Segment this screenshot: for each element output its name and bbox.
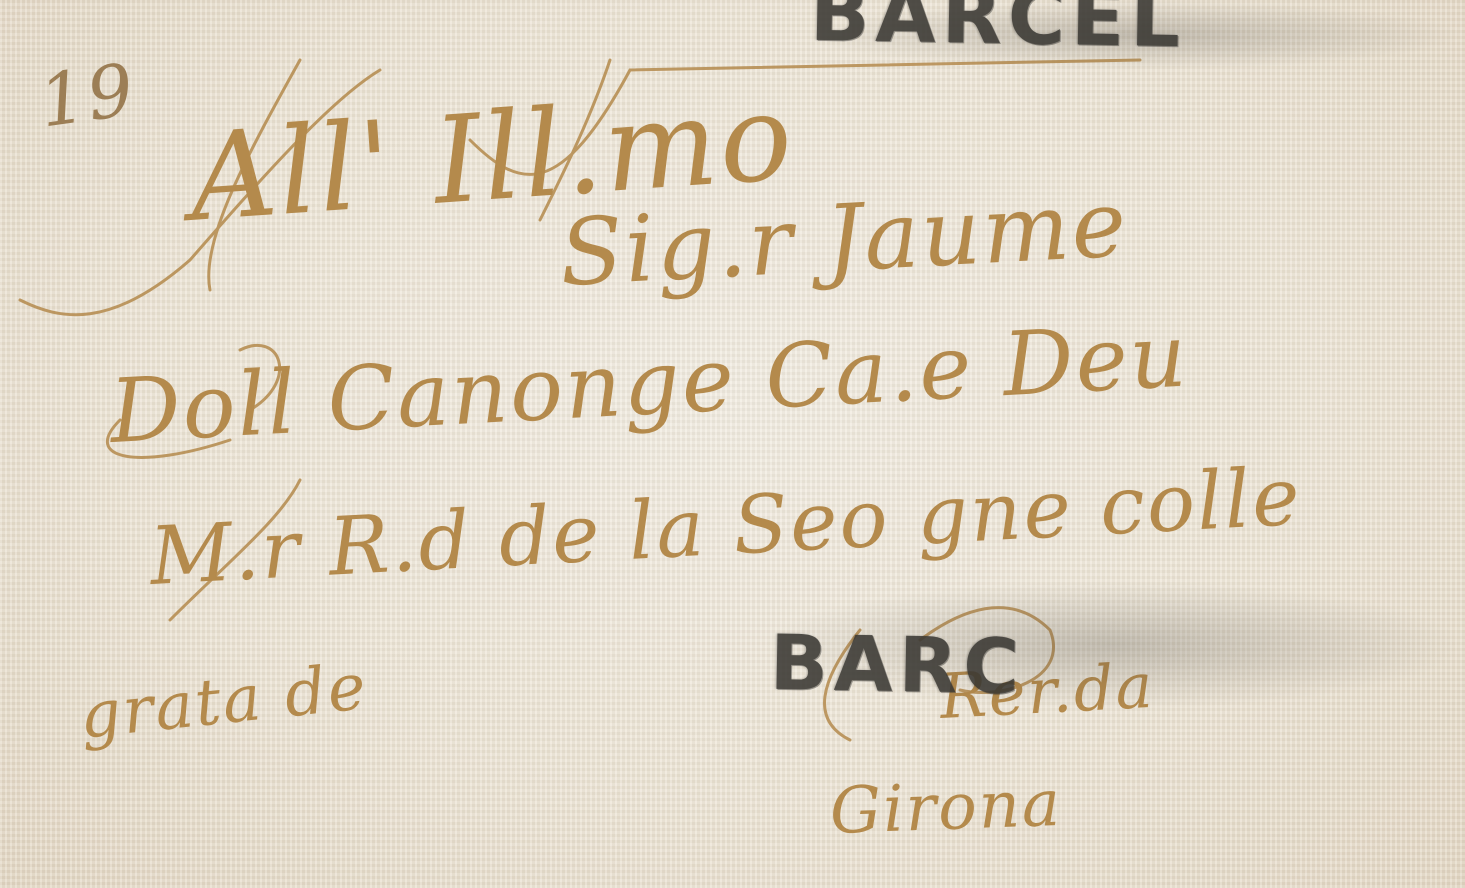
postmark-middle: BARC — [769, 618, 1026, 711]
address-line-6: Girona — [829, 767, 1064, 849]
letter-cover: 19 All' Ill.mo Sig.r Jaume Doll Canonge … — [0, 0, 1465, 888]
postmark-top: BARCEL — [809, 0, 1187, 65]
annotation-number: 19 — [34, 47, 140, 143]
